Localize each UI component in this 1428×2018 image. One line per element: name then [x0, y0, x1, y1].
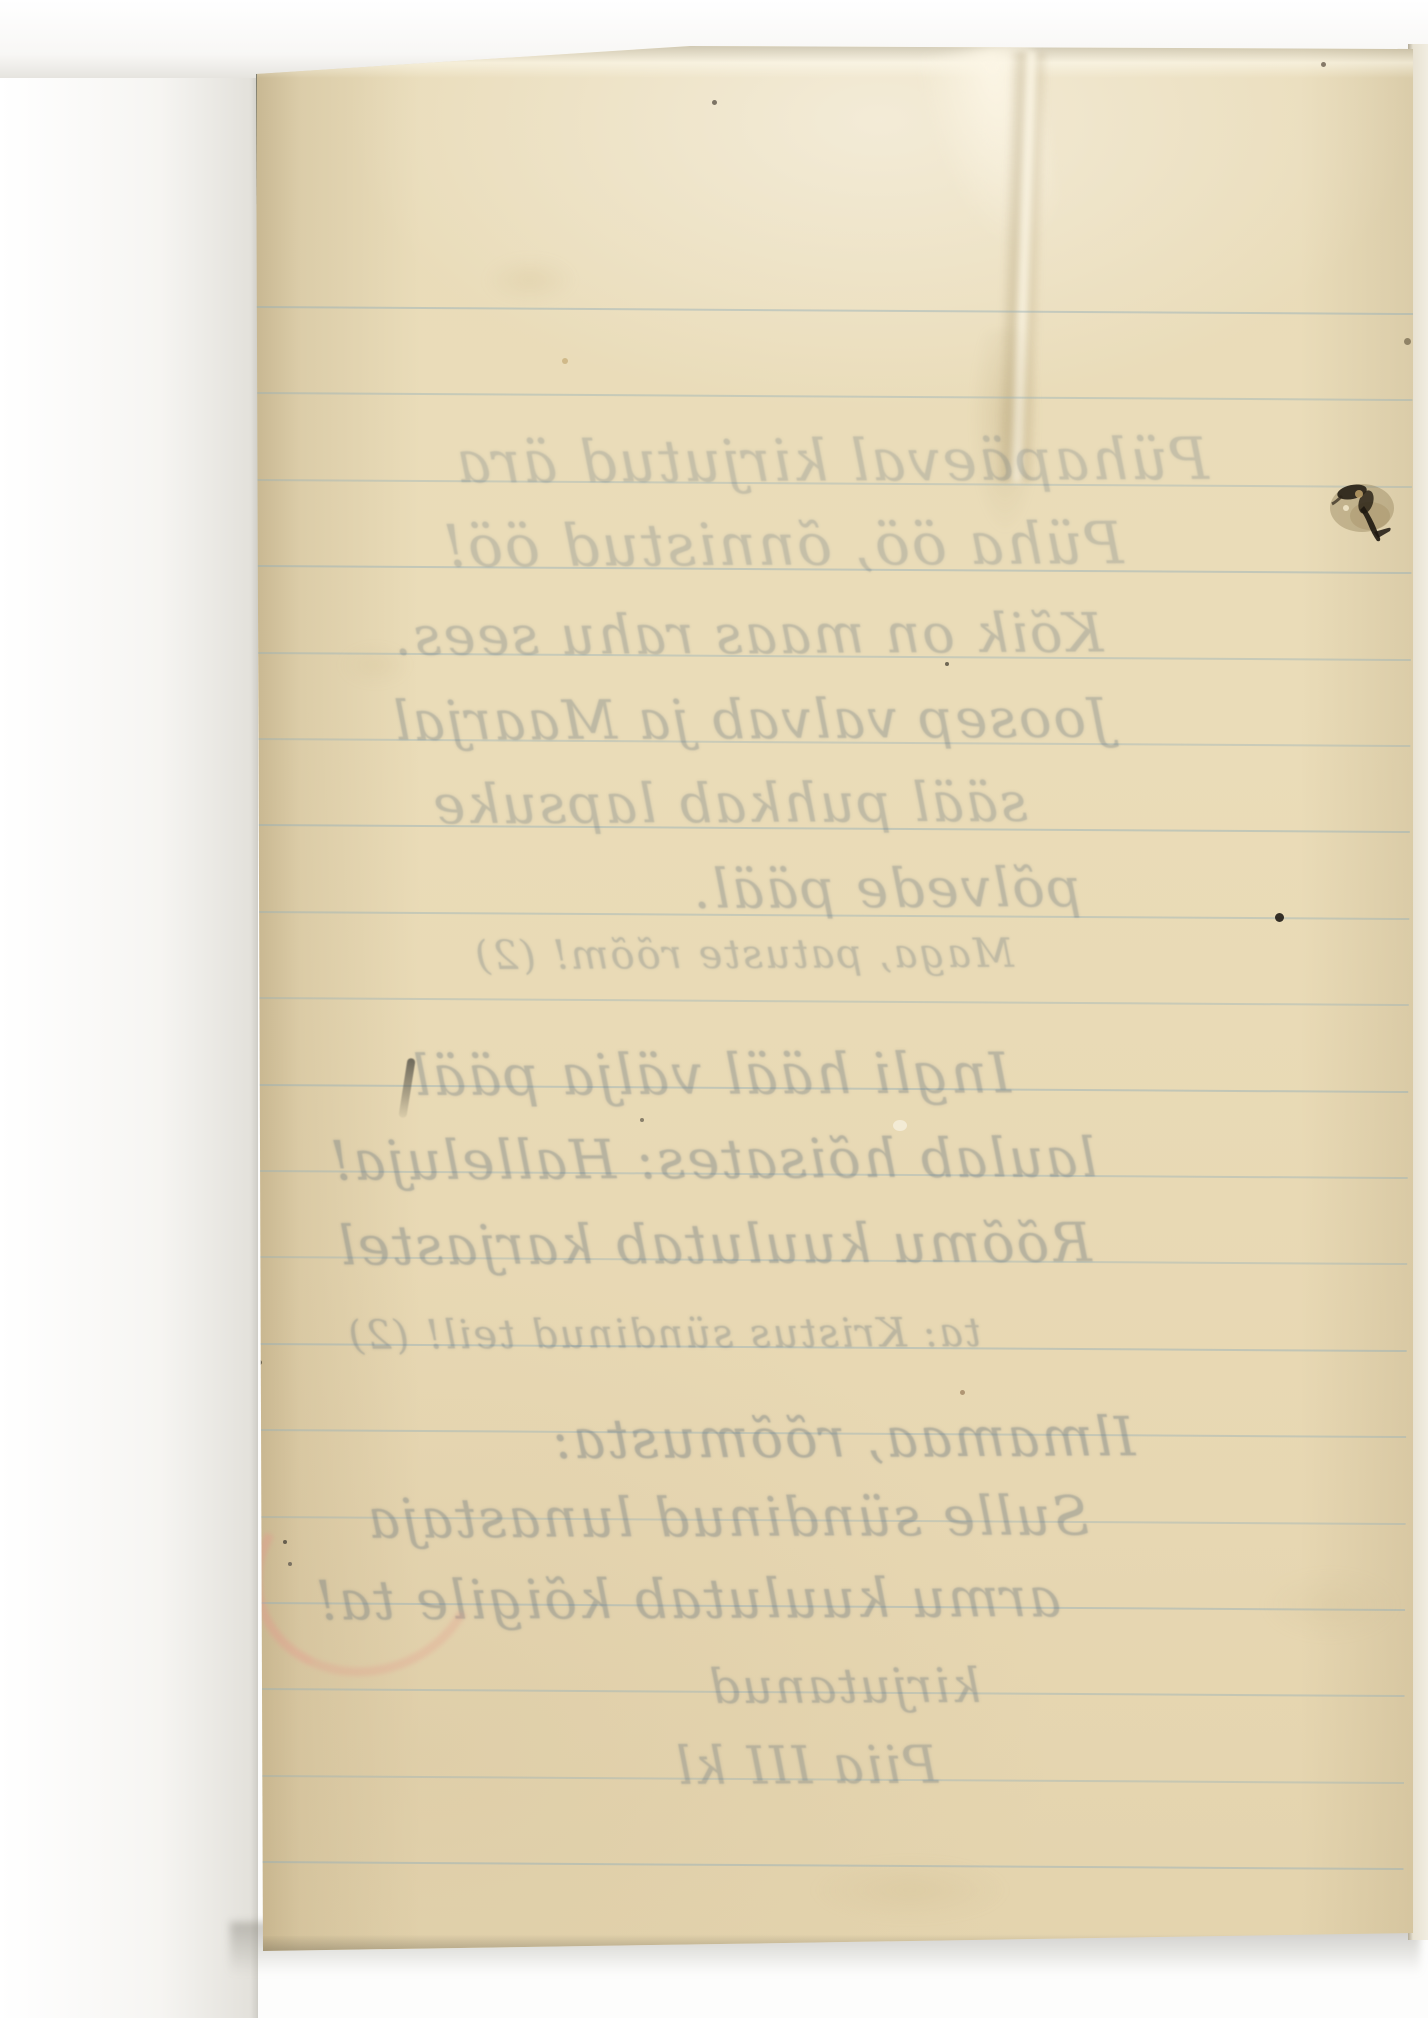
handwriting-line: Joosep valvab ja Maarjal [345, 687, 1155, 754]
handwriting-line: Ingli hääl välja pääl [343, 1041, 1078, 1109]
paper-speck [1404, 338, 1411, 345]
handwriting-line: Püha öö, õnnistud öö! [533, 509, 1123, 580]
paper-speck [562, 358, 568, 364]
handwriting-line: kirjutanud [676, 1658, 1011, 1715]
handwriting-line: põlvede pääl. [691, 856, 1081, 921]
handwriting-line: Pühapäeval kirjutud ära [394, 424, 1269, 496]
paper-speck [640, 1118, 644, 1122]
paper-speck [288, 1562, 292, 1566]
handwriting-line: ta: Kristus sündinud teil! (2) [289, 1310, 1039, 1359]
paper-speck [712, 100, 717, 105]
paper-speck [960, 1390, 965, 1395]
handwriting-line: sääl puhkab lapsuke [422, 771, 1037, 837]
scanned-page-scene: Pühapäeval kirjutud äraPüha öö, õnnistud… [0, 0, 1428, 2018]
paper-stain [330, 640, 420, 690]
handwriting-line: Piia III kl [591, 1735, 1021, 1797]
scanner-margin-left [0, 0, 258, 2018]
paper-speck [283, 1540, 287, 1544]
paper-stain [470, 250, 590, 310]
handwriting-line: Rõõmu kuulutab karjastel [329, 1211, 1099, 1277]
paper-speck [945, 662, 949, 666]
insect-debris [1312, 466, 1408, 562]
handwriting-line: laulab hõisates: Halleluja! [285, 1126, 1140, 1193]
paper-speck [1321, 62, 1326, 67]
handwriting-line: Ilmamaa, rõõmusta: [548, 1406, 1138, 1472]
handwriting-line: Kõik on maas rahu sees. [363, 602, 1133, 668]
paper-speck [1275, 913, 1284, 922]
handwriting-line: Maga, patuste rõõm! (2) [446, 930, 1041, 979]
paper-stain [780, 1850, 1040, 1930]
paper-stain [1240, 1560, 1420, 1650]
